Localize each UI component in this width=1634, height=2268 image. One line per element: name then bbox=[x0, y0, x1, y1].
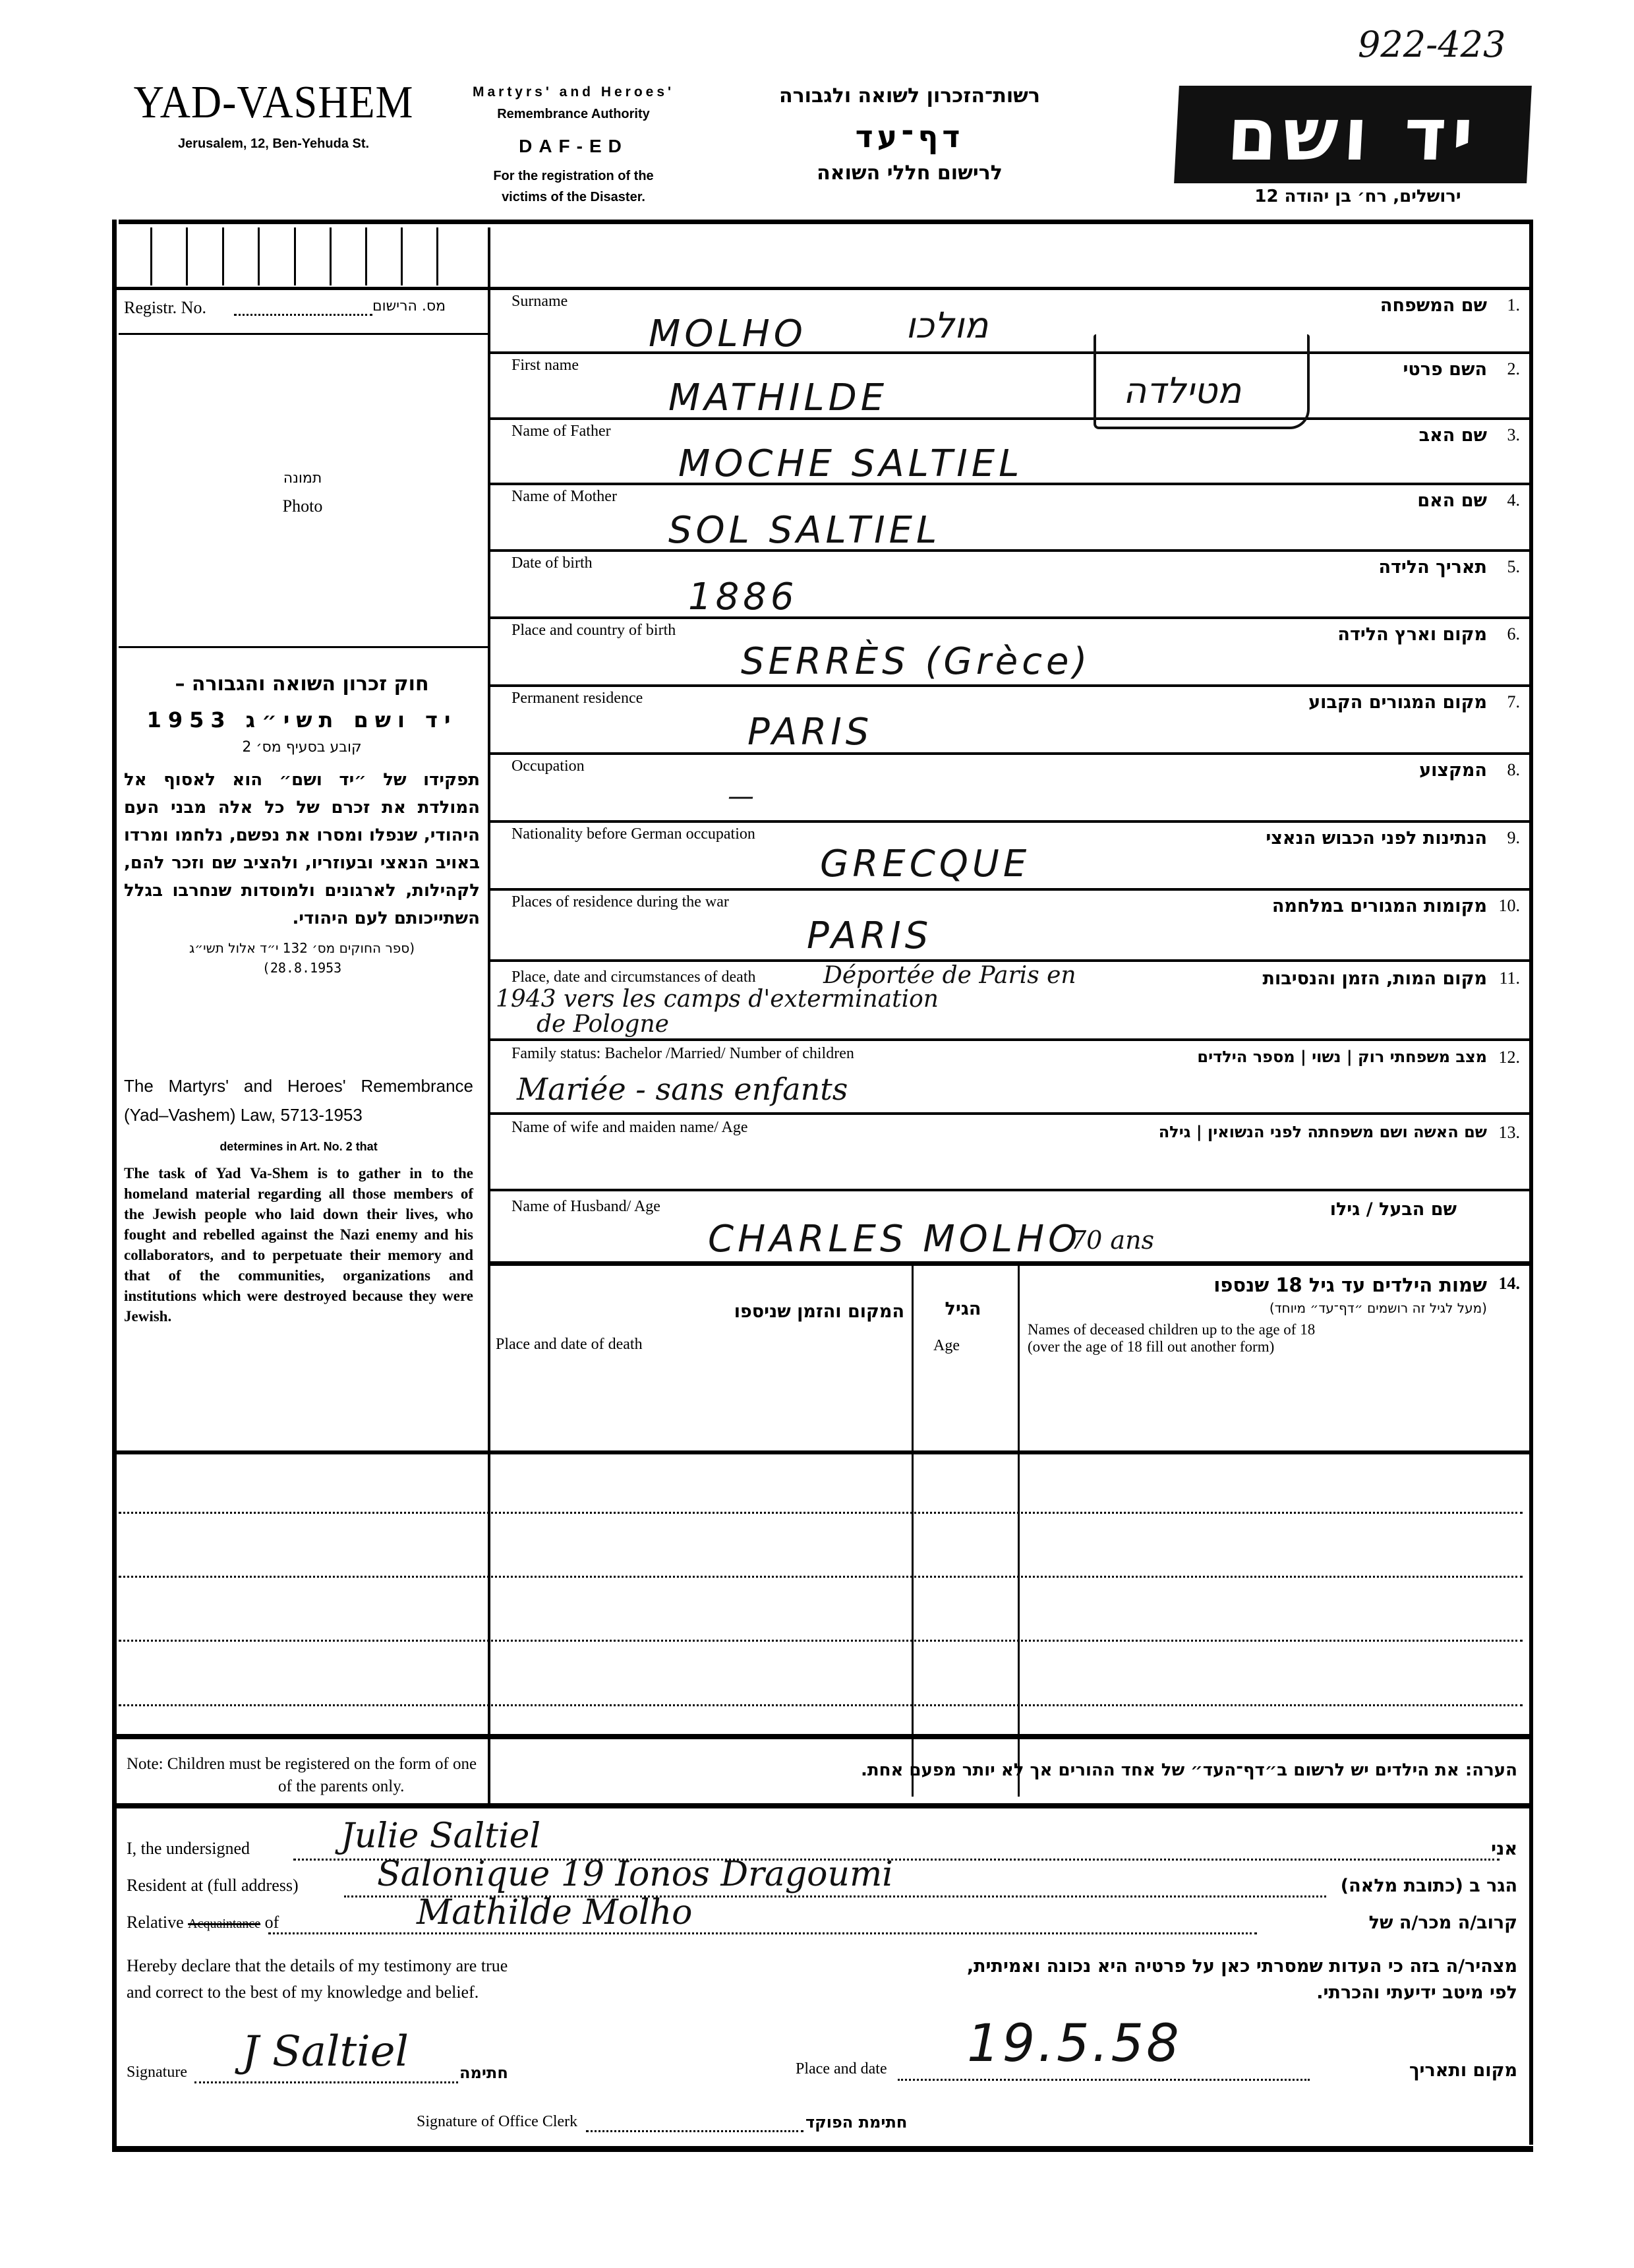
field-value: MOCHE SALTIEL bbox=[678, 442, 1023, 485]
note-section: Note: Children must be registered on the… bbox=[117, 1741, 1529, 1806]
place-date-value: 19.5.58 bbox=[967, 2014, 1182, 2074]
field-date-of-birth[interactable]: Date of birth 1886 תאריך הלידה 5. bbox=[490, 552, 1529, 616]
field-label-he: מצב משפחתי רוק | נשוי | מספר הילדים bbox=[1197, 1048, 1487, 1066]
law-title-he: חוק זכרון השואה והגבורה – bbox=[124, 672, 480, 696]
form-top-border bbox=[119, 220, 1529, 224]
field-number: 6. bbox=[1507, 624, 1521, 644]
field-value: MATHILDE bbox=[668, 376, 888, 419]
signature-value: J Saltiel bbox=[242, 2027, 409, 2076]
field-label-en: Name of Father bbox=[511, 423, 611, 440]
address-he: ירושלים, רח׳ בן יהודה 12 bbox=[1186, 187, 1529, 206]
registr-label-en: Registr. No. bbox=[124, 298, 206, 318]
children-row-line[interactable] bbox=[119, 1640, 1523, 1642]
field-label-he: שם הבעל / גילו bbox=[1330, 1199, 1457, 1220]
children-title-en-1: Names of deceased children up to the age… bbox=[1028, 1321, 1315, 1338]
form-bottom-border bbox=[112, 2146, 1533, 2152]
purpose-line2: victims of the Disaster. bbox=[455, 190, 692, 205]
header: YAD-VASHEM Jerusalem, 12, Ben-Yehuda St.… bbox=[0, 0, 1634, 218]
field-label-en: Place and country of birth bbox=[511, 622, 676, 640]
logo-text: יד ושם bbox=[1225, 92, 1481, 177]
field-permanent-residence[interactable]: Permanent residence PARIS מקום המגורים ה… bbox=[490, 687, 1529, 752]
children-title-en-2: (over the age of 18 fill out another for… bbox=[1028, 1338, 1274, 1356]
field-family-status[interactable]: Family status: Bachelor /Married/ Number… bbox=[490, 1041, 1529, 1112]
field-label-en: Name of Mother bbox=[511, 488, 617, 506]
age-label-en: Age bbox=[933, 1337, 960, 1355]
undersigned-value: Julie Saltiel bbox=[341, 1816, 540, 1856]
field-value-line3: de Pologne bbox=[537, 1011, 669, 1038]
form-left-border bbox=[112, 220, 117, 2147]
field-label-en: Name of Husband/ Age bbox=[511, 1198, 660, 1216]
children-table-bottom bbox=[117, 1734, 1529, 1739]
field-number: 5. bbox=[1507, 557, 1521, 577]
law-text-en: The Martyrs' and Heroes' Remembrance (Ya… bbox=[124, 1071, 473, 1327]
form-right-border bbox=[1529, 220, 1533, 2145]
field-label-en: Date of birth bbox=[511, 554, 593, 572]
relative-label: Relative bbox=[127, 1913, 184, 1932]
field-number: 12. bbox=[1499, 1048, 1521, 1067]
field-value: Mariée - sans enfants bbox=[517, 1071, 848, 1107]
field-label-en: First name bbox=[511, 357, 579, 374]
field-label-he: מקום המות, הזמן והנסיבות bbox=[1263, 969, 1487, 989]
field-label-he: השם פרטי bbox=[1403, 359, 1487, 380]
resident-label-he: הגר ב (כתובת מלאה) bbox=[1341, 1876, 1517, 1896]
law-citation-date: (28.8.1953 bbox=[124, 960, 480, 976]
children-header-names: שמות הילדים עד גיל 18 שנספו 14. (מעל לגי… bbox=[1020, 1266, 1529, 1358]
field-label-en: Nationality before German occupation bbox=[511, 825, 755, 843]
signature-label-en: Signature bbox=[127, 2064, 187, 2081]
law-text-he: חוק זכרון השואה והגבורה – יד ושם תשי״ג 1… bbox=[124, 659, 480, 976]
resident-value: Salonique 19 Ionos Dragoumi bbox=[377, 1855, 893, 1894]
field-label-he: מקומות המגורים במלחמה bbox=[1272, 896, 1487, 916]
husband-age: 70 ans bbox=[1070, 1226, 1154, 1255]
law-body-he: תפקידו של ״יד ושם״ הוא לאסוף אל המולדת א… bbox=[124, 766, 480, 932]
field-nationality[interactable]: Nationality before German occupation GRE… bbox=[490, 823, 1529, 888]
relative-label-en: Relative Acquaintance of bbox=[127, 1913, 279, 1932]
org-address-en: Jerusalem, 12, Ben-Yehuda St. bbox=[119, 136, 428, 152]
children-header-bottom bbox=[112, 1450, 1529, 1454]
field-value-he: מולכו bbox=[906, 305, 988, 346]
field-value: SERRÈS (Grèce) bbox=[741, 640, 1091, 683]
field-label-en: Places of residence during the war bbox=[511, 893, 729, 911]
age-label-he: הגיל bbox=[914, 1299, 1012, 1319]
purpose-line1: For the registration of the bbox=[455, 169, 692, 184]
form-name-en: DAF-ED bbox=[455, 136, 692, 157]
registr-number-field[interactable] bbox=[234, 314, 372, 316]
law-title-en: The Martyrs' and Heroes' Remembrance (Ya… bbox=[124, 1071, 473, 1129]
note-en-line2: of the parents only. bbox=[278, 1777, 404, 1796]
field-value: — bbox=[728, 781, 758, 812]
children-header-age: הגיל Age bbox=[914, 1266, 1018, 1358]
children-header-place: המקום והזמן שניספו Place and date of dea… bbox=[490, 1266, 911, 1358]
field-first-name[interactable]: First name MATHILDE מטילדה השם פרטי 2. bbox=[490, 354, 1529, 417]
undersigned-label-en: I, the undersigned bbox=[127, 1839, 250, 1859]
field-wife-name[interactable]: Name of wife and maiden name/ Age שם האש… bbox=[490, 1115, 1529, 1189]
field-value-line2: 1943 vers les camps d'extermination bbox=[496, 986, 939, 1013]
field-value: CHARLES MOLHO bbox=[708, 1218, 1081, 1261]
field-surname[interactable]: Surname MOLHO מולכו שם המשפחה 1. bbox=[490, 290, 1529, 351]
field-number: 4. bbox=[1507, 491, 1521, 510]
declare-he-line1: מצהיר/ה בזה כי העדות שמסרתי כאן על פרטיה… bbox=[967, 1956, 1517, 1977]
photo-divider bbox=[119, 646, 488, 648]
relative-field[interactable] bbox=[268, 1932, 1257, 1934]
field-value: SOL SALTIEL bbox=[668, 509, 941, 552]
authority-line2: Remembrance Authority bbox=[455, 107, 692, 122]
authority-he: רשות־הזכרון לשואה ולגבורה bbox=[751, 84, 1068, 107]
clerk-label-he: חתימת הפוקד bbox=[805, 2113, 907, 2132]
undersigned-label-he: אני bbox=[1491, 1839, 1517, 1859]
field-value: PARIS bbox=[747, 711, 873, 754]
field-number: 1. bbox=[1507, 295, 1521, 315]
field-value: MOLHO bbox=[649, 313, 807, 355]
field-wartime-residence[interactable]: Places of residence during the war PARIS… bbox=[490, 891, 1529, 959]
field-number: 7. bbox=[1507, 692, 1521, 712]
field-label-en: Occupation bbox=[511, 758, 585, 775]
children-row-line[interactable] bbox=[119, 1576, 1523, 1578]
field-label-en: Permanent residence bbox=[511, 690, 643, 707]
photo-label-he: תמונה bbox=[119, 470, 486, 487]
field-label-he: מקום המגורים הקבוע bbox=[1308, 692, 1487, 713]
children-row-line[interactable] bbox=[119, 1704, 1523, 1706]
law-body-en: The task of Yad Va-Shem is to gather in … bbox=[124, 1163, 473, 1327]
registr-label-he: מס. הרישום bbox=[372, 298, 446, 314]
relative-label-he: קרוב/ה מכר/ה של bbox=[1369, 1913, 1517, 1933]
declare-en-line1: Hereby declare that the details of my te… bbox=[127, 1956, 508, 1976]
field-number: 11. bbox=[1499, 969, 1520, 988]
place-label-he: המקום והזמן שניספו bbox=[734, 1301, 904, 1322]
field-father-name[interactable]: Name of Father MOCHE SALTIEL שם האב 3. bbox=[490, 420, 1529, 483]
field-number: 8. bbox=[1507, 760, 1521, 780]
place-label-en: Place and date of death bbox=[496, 1336, 643, 1354]
field-label-en: Surname bbox=[511, 293, 568, 311]
law-citation-he: (ספר החוקים מס׳ 132 י״ד אלול תשי״ג bbox=[124, 940, 480, 956]
field-value-line1: Déportée de Paris en bbox=[823, 962, 1076, 989]
field-label-he: שם האם bbox=[1417, 491, 1487, 511]
children-subtitle-he: (מעל לגיל זה רושמים ״דף־עד״ מיוחד) bbox=[1269, 1300, 1487, 1316]
law-subtitle-he: יד ושם תשי״ג 1953 bbox=[124, 707, 480, 732]
field-value-he: מטילדה bbox=[1123, 370, 1241, 411]
note-en-line1: Note: Children must be registered on the… bbox=[127, 1755, 477, 1774]
relative-value: Mathilde Molho bbox=[417, 1893, 692, 1932]
field-place-of-birth[interactable]: Place and country of birth SERRÈS (Grèce… bbox=[490, 619, 1529, 684]
authority-line1: Martyrs' and Heroes' bbox=[455, 84, 692, 100]
yad-vashem-logo: יד ושם bbox=[1174, 86, 1532, 183]
field-label-en: Place, date and circumstances of death bbox=[511, 969, 756, 986]
field-circumstances-of-death[interactable]: Place, date and circumstances of death D… bbox=[490, 962, 1529, 1038]
children-title-he: שמות הילדים עד גיל 18 שנספו bbox=[1213, 1274, 1487, 1296]
field-value: PARIS bbox=[807, 914, 932, 957]
place-date-label-he: מקום ותאריך bbox=[1409, 2060, 1517, 2081]
declare-en-line2: and correct to the best of my knowledge … bbox=[127, 1983, 479, 2002]
field-husband-name[interactable]: Name of Husband/ Age CHARLES MOLHO 70 an… bbox=[490, 1191, 1529, 1261]
clerk-signature-field[interactable] bbox=[586, 2130, 803, 2132]
field-value: GRECQUE bbox=[820, 843, 1030, 885]
field-mother-name[interactable]: Name of Mother SOL SALTIEL שם האם 4. bbox=[490, 485, 1529, 549]
field-label-he: שם האשה ושם משפחתה לפני הנשואין | גילה bbox=[1159, 1123, 1487, 1141]
field-number: 2. bbox=[1507, 359, 1521, 379]
law-article-he: קובע בסעיף מס׳ 2 bbox=[124, 739, 480, 756]
field-number: 13. bbox=[1499, 1123, 1521, 1143]
declare-he-line2: לפי מיטב ידיעתי והכרתי. bbox=[1316, 1983, 1517, 2003]
field-number: 3. bbox=[1507, 425, 1521, 445]
note-he: הערה: את הילדים יש לרשום ב״דף־העד״ של אח… bbox=[861, 1760, 1517, 1780]
registr-divider bbox=[119, 333, 488, 335]
field-value: 1886 bbox=[688, 576, 798, 618]
field-label-he: שם האב bbox=[1419, 425, 1487, 446]
declaration-section: I, the undersigned Julie Saltiel אני Res… bbox=[117, 1810, 1529, 2143]
children-row-line[interactable] bbox=[119, 1512, 1523, 1514]
org-title-en: YAD-VASHEM bbox=[119, 75, 428, 129]
relative-of: of bbox=[265, 1913, 279, 1932]
resident-label-en: Resident at (full address) bbox=[127, 1876, 299, 1895]
note-bottom bbox=[117, 1803, 1529, 1808]
field-number: 10. bbox=[1499, 896, 1521, 916]
form-name-he: דף־עד bbox=[751, 119, 1068, 154]
field-label-he: שם המשפחה bbox=[1380, 295, 1487, 316]
place-date-field[interactable] bbox=[898, 2079, 1310, 2081]
place-date-label-en: Place and date bbox=[796, 2060, 887, 2078]
law-article-en: determines in Art. No. 2 that bbox=[124, 1140, 473, 1154]
field-occupation[interactable]: Occupation — המקצוע 8. bbox=[490, 755, 1529, 820]
field-label-he: הנתינות לפני הכבוש הנאצי bbox=[1266, 828, 1487, 849]
clerk-label-en: Signature of Office Clerk bbox=[417, 2113, 577, 2131]
field-number: 9. bbox=[1507, 828, 1521, 848]
field-label-he: תאריך הלידה bbox=[1378, 557, 1487, 578]
field-label-en: Name of wife and maiden name/ Age bbox=[511, 1119, 748, 1137]
field-label-he: המקצוע bbox=[1419, 760, 1487, 781]
photo-label-en: Photo bbox=[119, 496, 486, 516]
purpose-he: לרישום חללי השואה bbox=[751, 162, 1068, 185]
acquaintance-struck: Acquaintance bbox=[188, 1917, 260, 1931]
children-number: 14. bbox=[1499, 1274, 1521, 1294]
field-label-he: מקום וארץ הלידה bbox=[1337, 624, 1487, 645]
field-label-en: Family status: Bachelor /Married/ Number… bbox=[511, 1045, 854, 1063]
signature-label-he: חתימה bbox=[459, 2064, 508, 2082]
signature-field[interactable] bbox=[194, 2081, 458, 2083]
photo-area: תמונה Photo bbox=[119, 336, 486, 653]
